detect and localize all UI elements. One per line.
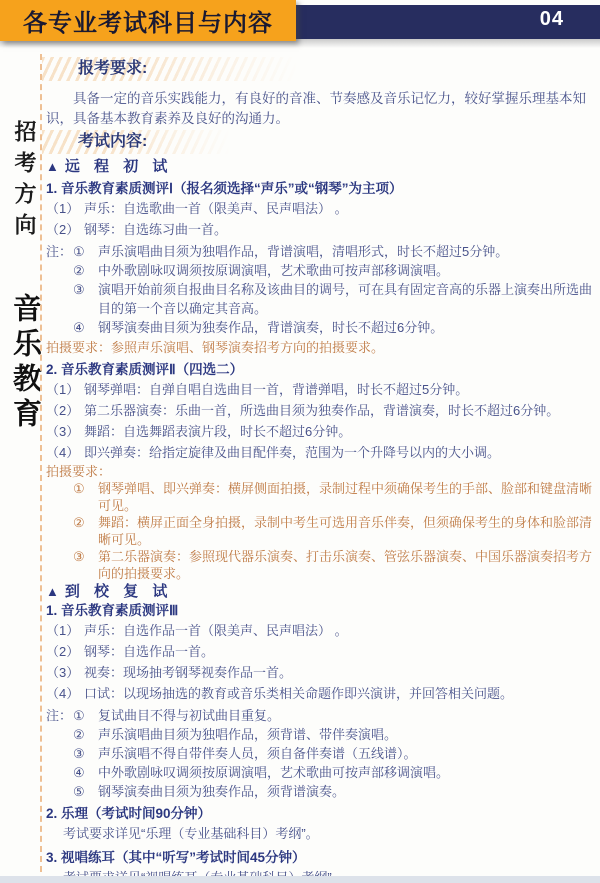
- list-item: （3）舞蹈：自选舞蹈表演片段，时长不超过6分钟。: [46, 421, 593, 442]
- apply-requirements-heading-text: 报考要求:: [42, 60, 147, 77]
- photo-requirements-heading: 拍摄要求：: [46, 463, 593, 480]
- onsite-test1-title: 1. 音乐教育素质测评Ⅲ: [46, 601, 593, 620]
- page-bottom-strip: [0, 876, 600, 883]
- note-prefix: [46, 318, 73, 337]
- note-text: 中外歌剧咏叹调须按原调演唱，艺术歌曲可按声部移调演唱。: [98, 763, 593, 782]
- onsite-test3-title: 3. 视唱练耳（其中“听写”考试时间45分钟）: [46, 848, 593, 867]
- main-content: 报考要求: 具备一定的音乐实践能力，有良好的音准、节奏感及音乐记忆力，较好掌握乐…: [46, 52, 593, 883]
- item-number: （4）: [46, 683, 84, 704]
- note-text: 第二乐器演奏：参照现代器乐演奏、打击乐演奏、管弦乐器演奏、中国乐器演奏招考方向的…: [98, 548, 593, 582]
- list-item: （1）声乐：自选歌曲一首（限美声、民声唱法） 。: [46, 198, 593, 219]
- remote-test1-photo-requirement: 拍摄要求：参照声乐演唱、钢琴演奏招考方向的拍摄要求。: [46, 338, 593, 357]
- note-text: 钢琴演奏曲目须为独奏作品，背谱演奏，时长不超过6分钟。: [98, 318, 593, 337]
- note-prefix: [46, 480, 73, 514]
- note-number: ④: [73, 318, 98, 337]
- note-number: ③: [73, 280, 98, 318]
- remote-test2-photo-requirements: 拍摄要求： ①钢琴弹唱、即兴弹奏：横屏侧面拍摄，录制过程中须确保考生的手部、脸部…: [46, 463, 593, 582]
- note-row: ④钢琴演奏曲目须为独奏作品，背谱演奏，时长不超过6分钟。: [46, 318, 593, 337]
- note-number: ③: [73, 548, 98, 582]
- note-text: 钢琴弹唱、即兴弹奏：横屏侧面拍摄，录制过程中须确保考生的手部、脸部和键盘清晰可见…: [98, 480, 593, 514]
- vertical-dashed-divider: [40, 54, 42, 872]
- list-item: （1）声乐：自选作品一首（限美声、民声唱法） 。: [46, 620, 593, 641]
- list-item: （1）钢琴弹唱：自弹自唱自选曲目一首，背谱弹唱，时长不超过5分钟。: [46, 379, 593, 400]
- remote-phase-title: 远 程 初 试: [65, 158, 173, 175]
- onsite-test2-title: 2. 乐理（考试时间90分钟）: [46, 804, 593, 823]
- remote-test1-notes: 注：①声乐演唱曲目须为独唱作品，背谱演唱，清唱形式，时长不超过5分钟。 ②中外歌…: [46, 242, 593, 337]
- list-item: （3）视奏：现场抽考钢琴视奏作品一首。: [46, 662, 593, 683]
- note-prefix: 注：: [46, 706, 73, 725]
- list-item: （2）第二乐器演奏：乐曲一首，所选曲目须为独奏作品，背谱演奏，时长不超过6分钟。: [46, 400, 593, 421]
- page-title: 各专业考试科目与内容: [0, 0, 296, 41]
- item-text: 钢琴弹唱：自弹自唱自选曲目一首，背谱弹唱，时长不超过5分钟。: [84, 379, 593, 400]
- item-text: 视奏：现场抽考钢琴视奏作品一首。: [84, 662, 593, 683]
- note-row: ②声乐演唱曲目须为独唱作品，须背谱、带伴奏演唱。: [46, 725, 593, 744]
- note-number: ①: [73, 706, 98, 725]
- note-row: ②中外歌剧咏叹调须按原调演唱，艺术歌曲可按声部移调演唱。: [46, 261, 593, 280]
- note-row: ②舞蹈：横屏正面全身拍摄，录制中考生可选用音乐伴奏，但须确保考生的身体和脸部清晰…: [46, 514, 593, 548]
- page-title-text: 各专业考试科目与内容: [23, 3, 273, 38]
- note-prefix: [46, 725, 73, 744]
- note-prefix: [46, 548, 73, 582]
- item-text: 即兴弹奏：给指定旋律及曲目配伴奏，范围为一个升降号以内的大小调。: [84, 442, 593, 463]
- exam-content-heading-text: 考试内容:: [42, 133, 147, 150]
- item-number: （1）: [46, 620, 84, 641]
- item-number: （2）: [46, 219, 84, 240]
- note-text: 舞蹈：横屏正面全身拍摄，录制中考生可选用音乐伴奏，但须确保考生的身体和脸部清晰可…: [98, 514, 593, 548]
- remote-test1-title: 1. 音乐教育素质测评Ⅰ（报名须选择“声乐”或“钢琴”为主项）: [46, 179, 593, 198]
- item-text: 钢琴：自选作品一首。: [84, 641, 593, 662]
- note-prefix: 注：: [46, 242, 73, 261]
- note-number: ①: [73, 480, 98, 514]
- note-text: 中外歌剧咏叹调须按原调演唱，艺术歌曲可按声部移调演唱。: [98, 261, 593, 280]
- note-text: 钢琴演奏曲目须为独奏作品，须背谱演奏。: [98, 782, 593, 801]
- item-number: （1）: [46, 379, 84, 400]
- onsite-phase-heading: ▲到 校 复 试: [46, 582, 593, 601]
- item-text: 口试：以现场抽选的教育或音乐类相关命题作即兴演讲，并回答相关问题。: [84, 683, 593, 704]
- remote-phase-heading: ▲远 程 初 试: [46, 157, 593, 176]
- item-number: （2）: [46, 641, 84, 662]
- note-text: 声乐演唱曲目须为独唱作品，须背谱、带伴奏演唱。: [98, 725, 593, 744]
- item-text: 第二乐器演奏：乐曲一首，所选曲目须为独奏作品，背谱演奏，时长不超过6分钟。: [84, 400, 593, 421]
- note-number: ①: [73, 242, 98, 261]
- note-text: 声乐演唱曲目须为独唱作品，背谱演唱，清唱形式，时长不超过5分钟。: [98, 242, 593, 261]
- note-row: ④中外歌剧咏叹调须按原调演唱，艺术歌曲可按声部移调演唱。: [46, 763, 593, 782]
- item-number: （3）: [46, 662, 84, 683]
- note-number: ②: [73, 725, 98, 744]
- note-row: 注：①复试曲目不得与初试曲目重复。: [46, 706, 593, 725]
- item-number: （1）: [46, 198, 84, 219]
- note-row: ③声乐演唱不得自带伴奏人员，须自备伴奏谱（五线谱）。: [46, 744, 593, 763]
- triangle-icon: ▲: [46, 159, 59, 174]
- onsite-test1-notes: 注：①复试曲目不得与初试曲目重复。 ②声乐演唱曲目须为独唱作品，须背谱、带伴奏演…: [46, 706, 593, 801]
- item-text: 钢琴：自选练习曲一首。: [84, 219, 593, 240]
- list-item: （2）钢琴：自选练习曲一首。: [46, 219, 593, 240]
- remote-test2-title: 2. 音乐教育素质测评Ⅱ（四选二）: [46, 360, 593, 379]
- note-row: 注：①声乐演唱曲目须为独唱作品，背谱演唱，清唱形式，时长不超过5分钟。: [46, 242, 593, 261]
- apply-requirements-heading: 报考要求:: [42, 57, 314, 81]
- item-number: （3）: [46, 421, 84, 442]
- note-prefix: [46, 261, 73, 280]
- triangle-icon: ▲: [46, 584, 59, 599]
- note-number: ④: [73, 763, 98, 782]
- note-number: ②: [73, 514, 98, 548]
- note-prefix: [46, 744, 73, 763]
- note-prefix: [46, 782, 73, 801]
- note-prefix: [46, 763, 73, 782]
- note-number: ③: [73, 744, 98, 763]
- note-number: ②: [73, 261, 98, 280]
- onsite-phase-title: 到 校 复 试: [65, 583, 173, 600]
- item-number: （2）: [46, 400, 84, 421]
- list-item: （4）口试：以现场抽选的教育或音乐类相关命题作即兴演讲，并回答相关问题。: [46, 683, 593, 704]
- note-row: ③演唱开始前须自报曲目名称及该曲目的调号，可在具有固定音高的乐器上演奏出所选曲目…: [46, 280, 593, 318]
- note-number: ⑤: [73, 782, 98, 801]
- item-text: 舞蹈：自选舞蹈表演片段，时长不超过6分钟。: [84, 421, 593, 442]
- item-number: （4）: [46, 442, 84, 463]
- item-text: 声乐：自选作品一首（限美声、民声唱法） 。: [84, 620, 593, 641]
- exam-content-heading: 考试内容:: [42, 130, 242, 154]
- list-item: （2）钢琴：自选作品一首。: [46, 641, 593, 662]
- note-text: 复试曲目不得与初试曲目重复。: [98, 706, 593, 725]
- note-text: 声乐演唱不得自带伴奏人员，须自备伴奏谱（五线谱）。: [98, 744, 593, 763]
- note-prefix: [46, 514, 73, 548]
- item-text: 声乐：自选歌曲一首（限美声、民声唱法） 。: [84, 198, 593, 219]
- apply-requirements-body: 具备一定的音乐实践能力，有良好的音准、节奏感及音乐记忆力，较好掌握乐理基本知识，…: [46, 89, 593, 129]
- note-prefix: [46, 280, 73, 318]
- page-number: 04: [540, 8, 564, 31]
- onsite-test2-detail: 考试要求详见“乐理（专业基础科目）考纲”。: [46, 825, 593, 842]
- list-item: （4）即兴弹奏：给指定旋律及曲目配伴奏，范围为一个升降号以内的大小调。: [46, 442, 593, 463]
- note-row: ③第二乐器演奏：参照现代器乐演奏、打击乐演奏、管弦乐器演奏、中国乐器演奏招考方向…: [46, 548, 593, 582]
- note-text: 演唱开始前须自报曲目名称及该曲目的调号，可在具有固定音高的乐器上演奏出所选曲目的…: [98, 280, 593, 318]
- note-row: ⑤钢琴演奏曲目须为独奏作品，须背谱演奏。: [46, 782, 593, 801]
- sidebar-direction-label: 招考方向: [9, 120, 40, 244]
- note-row: ①钢琴弹唱、即兴弹奏：横屏侧面拍摄，录制过程中须确保考生的手部、脸部和键盘清晰可…: [46, 480, 593, 514]
